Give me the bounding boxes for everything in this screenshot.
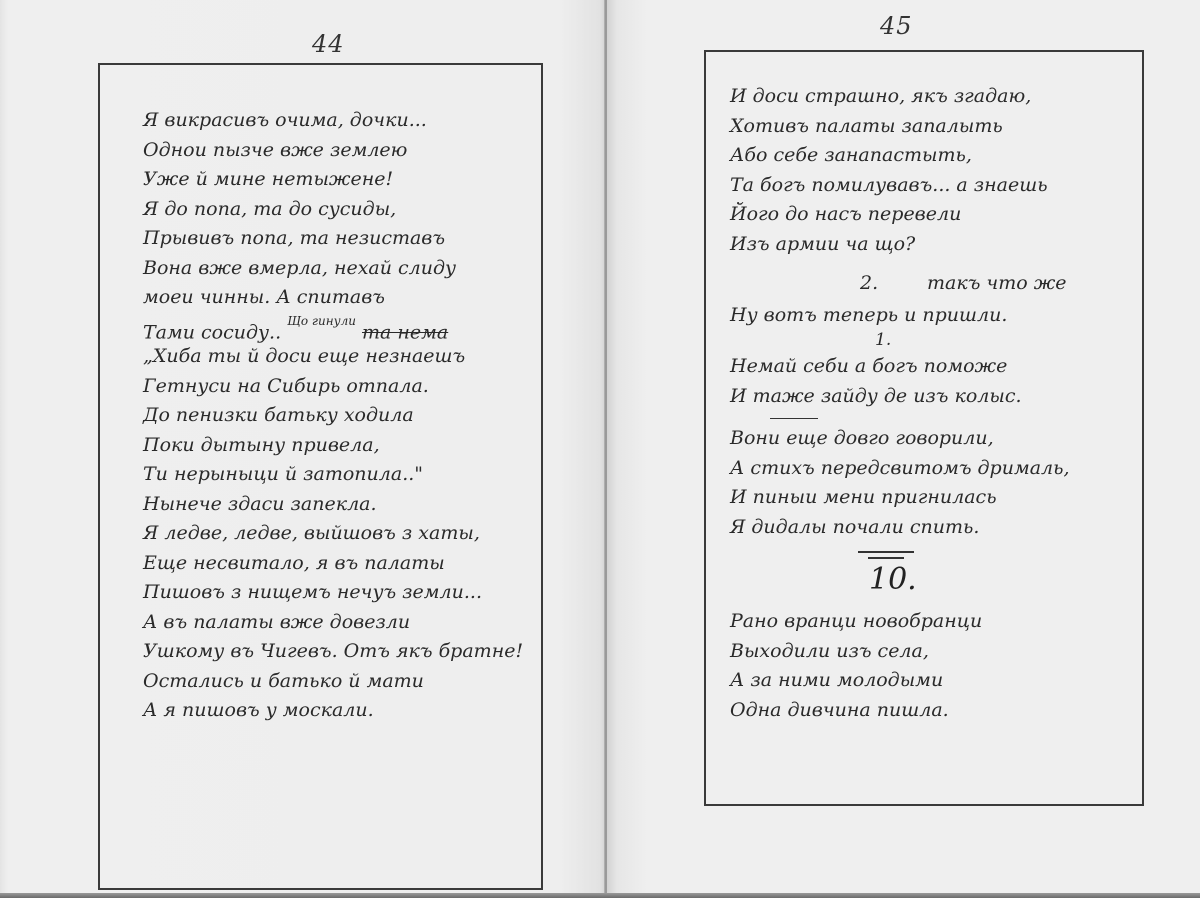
verse-line: Нынече здаси запекла. xyxy=(143,490,523,520)
page-number-right: 45 xyxy=(880,12,913,40)
left-page: 44 Я викрасивъ очима, дочки... Однои пыз… xyxy=(0,0,607,893)
section-divider-rule xyxy=(868,557,904,559)
verse-line: „Хиба ты й доси еще незнаешъ xyxy=(143,342,523,372)
verse-line: Пишовъ з нищемъ нечуъ земли... xyxy=(143,578,523,608)
page-bottom-edge xyxy=(0,893,1200,898)
verse-line: Выходили изъ села, xyxy=(730,637,982,667)
interlinear-insertion: Що гинули xyxy=(287,314,356,328)
underline-mark xyxy=(770,418,818,419)
verse-line: А стихъ передсвитомъ дрималь, xyxy=(730,454,1070,484)
verse-line: А за ними молодыми xyxy=(730,666,982,696)
verse-line: Остались и батько й мати xyxy=(143,667,523,697)
verse-line: Я викрасивъ очима, дочки... xyxy=(143,106,523,136)
verse-line: Хотивъ палаты запалыть xyxy=(730,112,1048,142)
verse-line: Я ледве, ледве, выйшовъ з хаты, xyxy=(143,519,523,549)
verse-line: Ти нерыныци й затопила.." xyxy=(143,460,523,490)
verse-line: Вона вже вмерла, нехай слиду xyxy=(143,254,523,284)
verse-line: Рано вранци новобранци xyxy=(730,607,982,637)
chapter-number: 10. xyxy=(869,562,917,597)
stanza-marker-1: 1. xyxy=(875,330,891,350)
verse-line: Або себе занапастыть, xyxy=(730,141,1048,171)
section-divider-rule xyxy=(858,551,914,553)
verse-line: Гетнуси на Сибирь отпала. xyxy=(143,372,523,402)
verse-line: Еще несвитало, я въ палаты xyxy=(143,549,523,579)
stanza-marker-2: 2. xyxy=(860,272,878,294)
verse-line: Одна дивчина пишла. xyxy=(730,696,982,726)
verse-line: Ну вотъ теперь и пришли. xyxy=(730,304,1007,326)
verse-block-stanza-5: Рано вранци новобранци Выходили изъ села… xyxy=(730,607,982,725)
manuscript-spread: 44 Я викрасивъ очима, дочки... Однои пыз… xyxy=(0,0,1200,898)
verse-line: И таже зайду де изъ колыс. xyxy=(730,382,1022,412)
verse-line: Прывивъ попа, та незиставъ xyxy=(143,224,523,254)
verse-line: До пенизки батьку ходила xyxy=(143,401,523,431)
right-page: 45 И доси страшно, якъ згадаю, Хотивъ па… xyxy=(607,0,1200,893)
verse-line: Однои пызче вже землею xyxy=(143,136,523,166)
verse-line: Його до насъ перевели xyxy=(730,200,1048,230)
page-number-left: 44 xyxy=(312,30,345,58)
verse-line: А я пишовъ у москали. xyxy=(143,696,523,726)
verse-line: Та богъ помилувавъ... а знаешь xyxy=(730,171,1048,201)
verse-block-stanza-4: Вони еще довго говорили, А стихъ передсв… xyxy=(730,424,1070,542)
verse-block-left: Я викрасивъ очима, дочки... Однои пызче … xyxy=(143,106,523,726)
verse-line-with-correction: Тами сосиду.. Що гинули та нема xyxy=(143,313,523,343)
verse-line: Я до попа, та до сусиды, xyxy=(143,195,523,225)
verse-line: Ушкому въ Чигевъ. Отъ якъ братне! xyxy=(143,637,523,667)
verse-line-text: Тами сосиду.. xyxy=(143,321,281,343)
verse-line: моеи чинны. А спитавъ xyxy=(143,283,523,313)
verse-block-stanza-1: И доси страшно, якъ згадаю, Хотивъ палат… xyxy=(730,82,1048,259)
verse-block-stanza-3: Немай себи а богъ поможе И таже зайду де… xyxy=(730,352,1022,411)
verse-line: И доси страшно, якъ згадаю, xyxy=(730,82,1048,112)
stanza-note: такъ что же xyxy=(927,272,1067,294)
verse-line: Изъ армии ча що? xyxy=(730,230,1048,260)
verse-line: Вони еще довго говорили, xyxy=(730,424,1070,454)
verse-line: А въ палаты вже довезли xyxy=(143,608,523,638)
verse-line: Я дидалы почали спить. xyxy=(730,513,1070,543)
struck-out-text: та нема xyxy=(362,321,448,343)
verse-line: И пиныи мени пригнилась xyxy=(730,483,1070,513)
verse-line: Немай себи а богъ поможе xyxy=(730,352,1022,382)
verse-line: Поки дытыну привела, xyxy=(143,431,523,461)
verse-line: Уже й мине нетыжене! xyxy=(143,165,523,195)
